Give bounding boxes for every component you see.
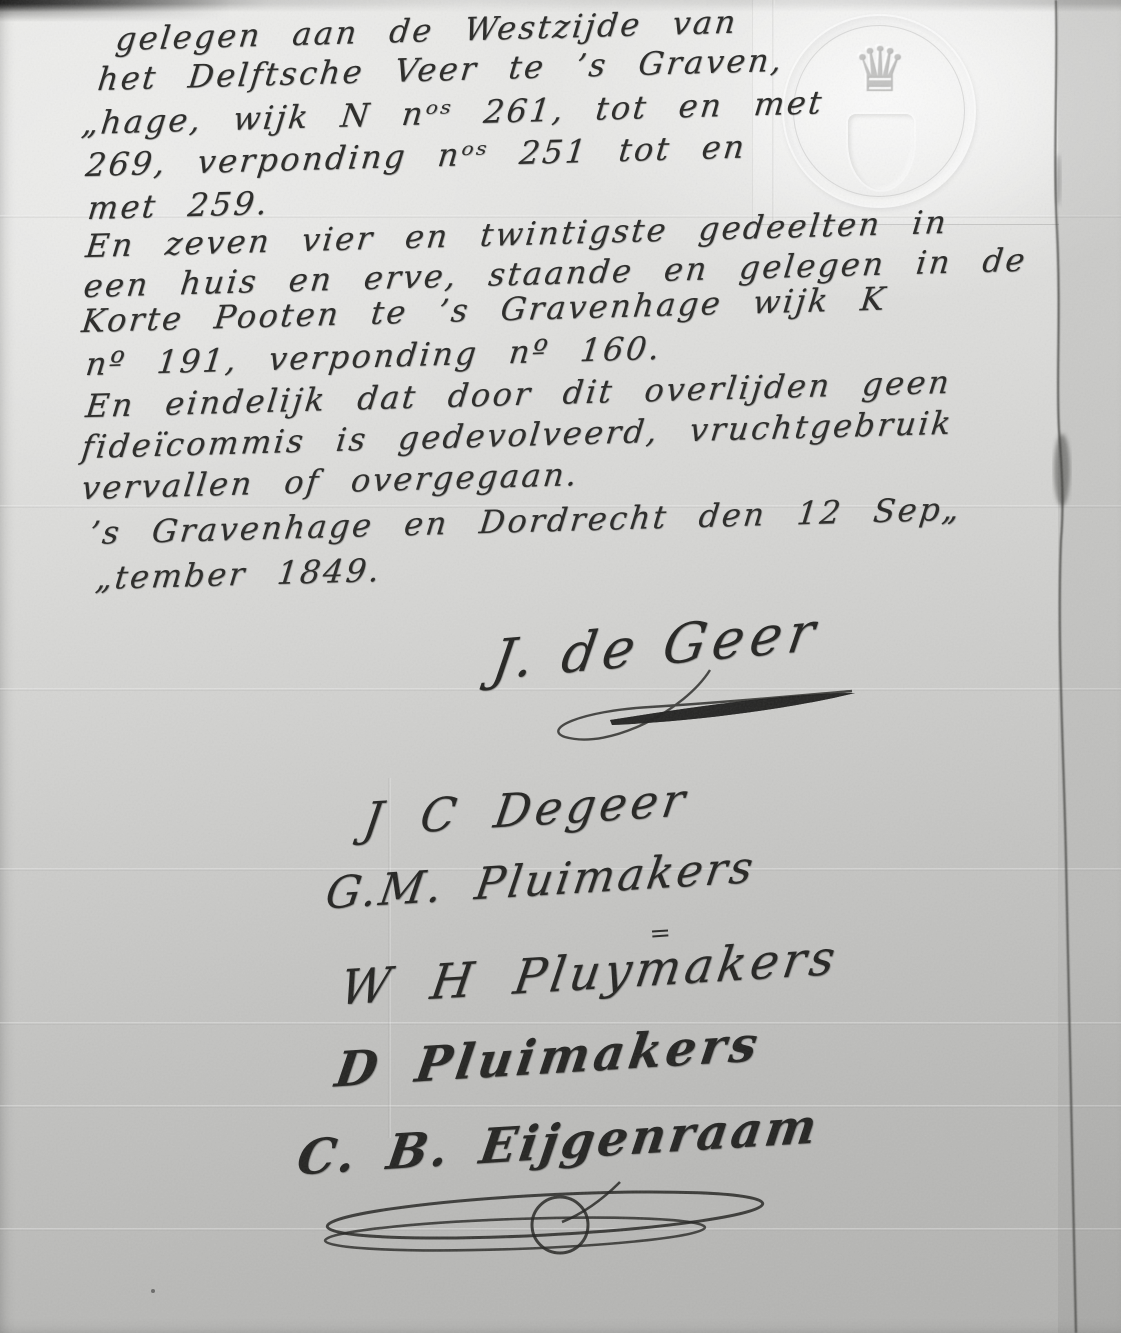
signature-primary: J. de Geer <box>488 599 825 692</box>
ink-speck <box>151 1289 155 1293</box>
signature: D Pluimakers <box>332 1016 765 1099</box>
fold-crease <box>0 1105 1121 1108</box>
manuscript-line: „tember 1849. <box>94 551 384 597</box>
signature-underline-mark <box>652 929 668 932</box>
signature: J C Degeer <box>360 772 692 846</box>
signature: C. B. Eijgenraam <box>294 1098 824 1187</box>
fold-crease <box>0 1228 1121 1231</box>
scanned-document-page: ♛ gelegen aan de Westzijde van het Delft… <box>0 0 1121 1333</box>
fold-crease <box>0 1022 1121 1025</box>
manuscript-line: met 259. <box>86 184 272 227</box>
adjacent-page-strip <box>1058 0 1121 1333</box>
fold-crease <box>0 688 1121 691</box>
signature: W H Pluymakers <box>337 930 843 1017</box>
